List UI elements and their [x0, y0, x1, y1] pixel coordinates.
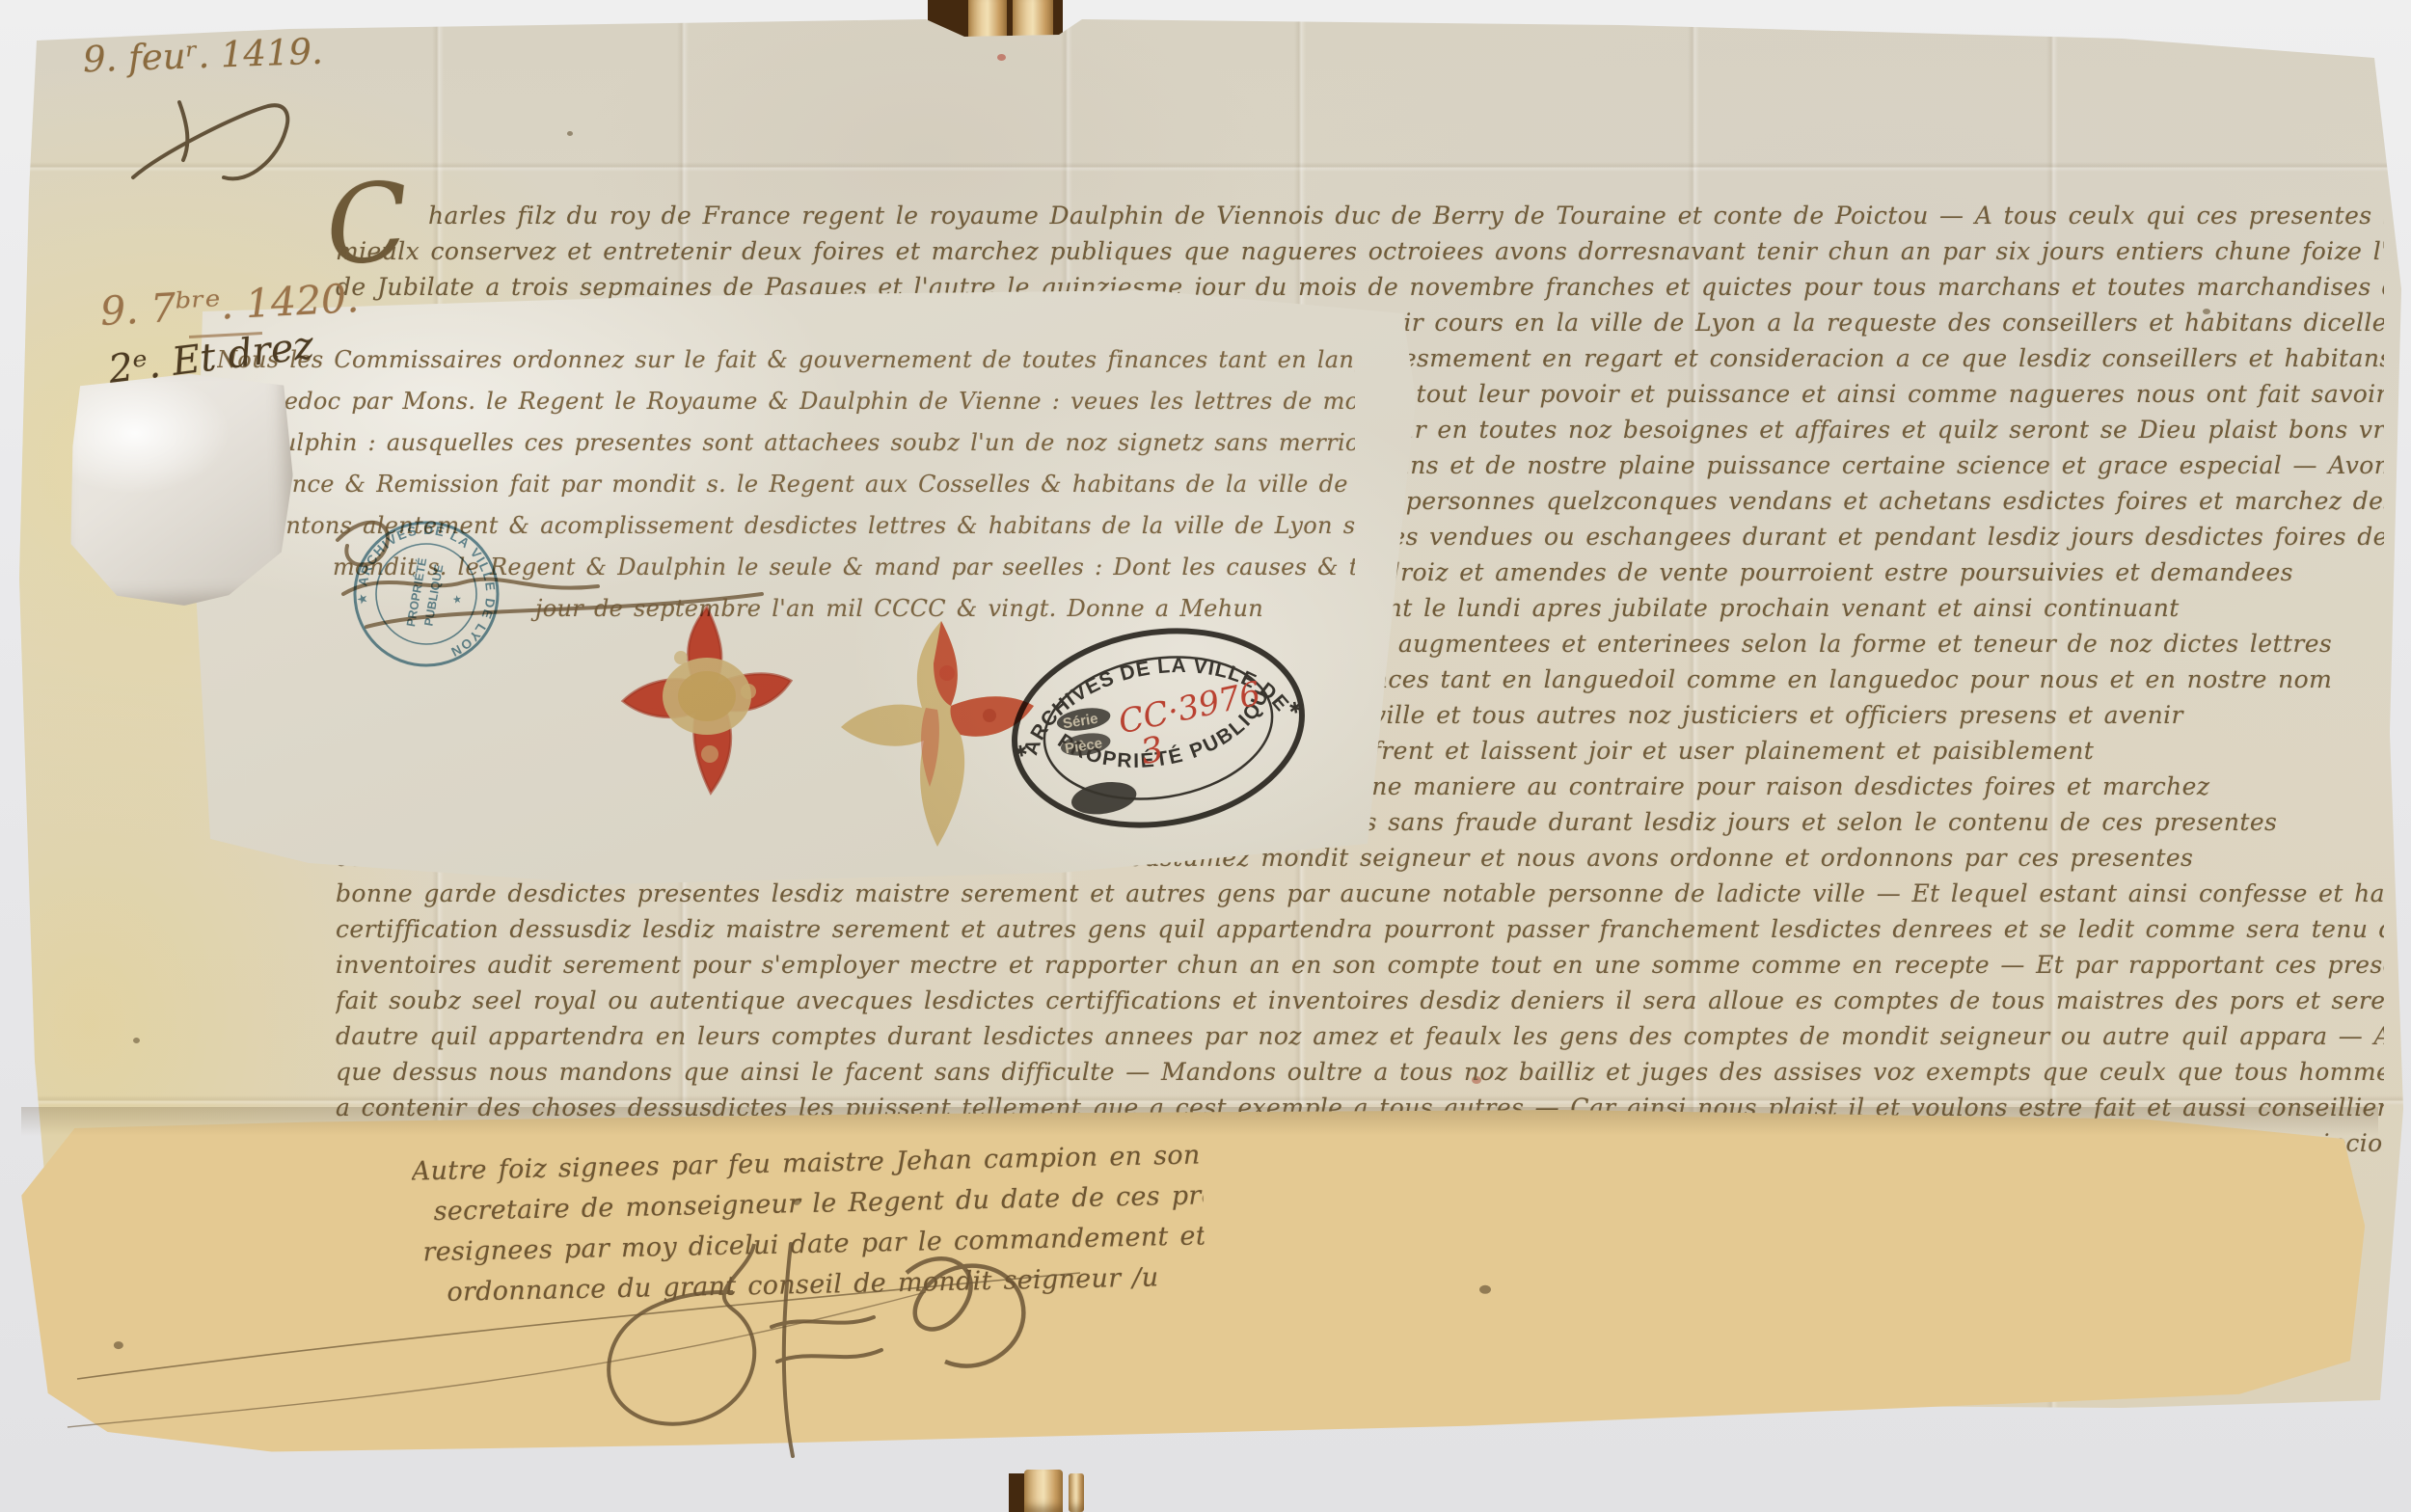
svg-text:★ ARCHIVES DE LA VILLE DE LYON: ★ ARCHIVES DE LA VILLE DE LYON — [341, 509, 511, 678]
text-line: Nous les Commissaires ordonnez sur le fa… — [217, 339, 1355, 381]
document-scan: C harles filz du roy de France regent le… — [0, 0, 2411, 1512]
text-line: certiffication dessusdiz lesdiz maistre … — [336, 911, 2384, 947]
registry-paraph-flourish — [123, 85, 297, 220]
notary-signature-flourish — [58, 1234, 1119, 1475]
text-line: harles filz du roy de France regent le r… — [336, 198, 2384, 233]
blue-stamp-star: ★ — [451, 594, 465, 606]
blue-round-archive-stamp: ★ ARCHIVES DE LA VILLE DE LYON PROPRIÉTÉ… — [334, 499, 518, 689]
text-line: quictance & Remission fait par mondit s.… — [217, 464, 1355, 505]
text-line: dautre quil appartendra en leurs comptes… — [336, 1018, 2384, 1054]
date-annotation-1419: 9. feuʳ. 1419. — [82, 31, 323, 81]
red-speck — [997, 54, 1006, 61]
mounting-stick-bottom — [1024, 1470, 1063, 1512]
text-line: & Daulphin : ausquelles ces presentes so… — [217, 422, 1355, 464]
speck — [133, 1038, 140, 1043]
text-line: languedoc par Mons. le Regent le Royaume… — [217, 381, 1355, 422]
fold-shadow — [21, 1107, 2378, 1136]
wax-seal-left — [613, 600, 806, 807]
oval-stamp-side-mark-right: ✱ — [1287, 700, 1303, 718]
speck — [1479, 1285, 1491, 1294]
mounting-stick-bottom-sliver — [1069, 1473, 1084, 1512]
text-line: mieulx conservez et entretenir deux foir… — [336, 233, 2384, 269]
text-line: que dessus nous mandons que ainsi le fac… — [336, 1054, 2384, 1090]
text-line: fait soubz seel royal ou autentique avec… — [336, 983, 2384, 1018]
oval-stamp-side-mark-left: ✱ — [1014, 743, 1029, 762]
speck — [567, 131, 573, 136]
blue-stamp-arc-text: ★ ARCHIVES DE LA VILLE DE LYON — [341, 509, 511, 678]
text-line: inventoires audit serement pour s'employ… — [336, 947, 2384, 983]
